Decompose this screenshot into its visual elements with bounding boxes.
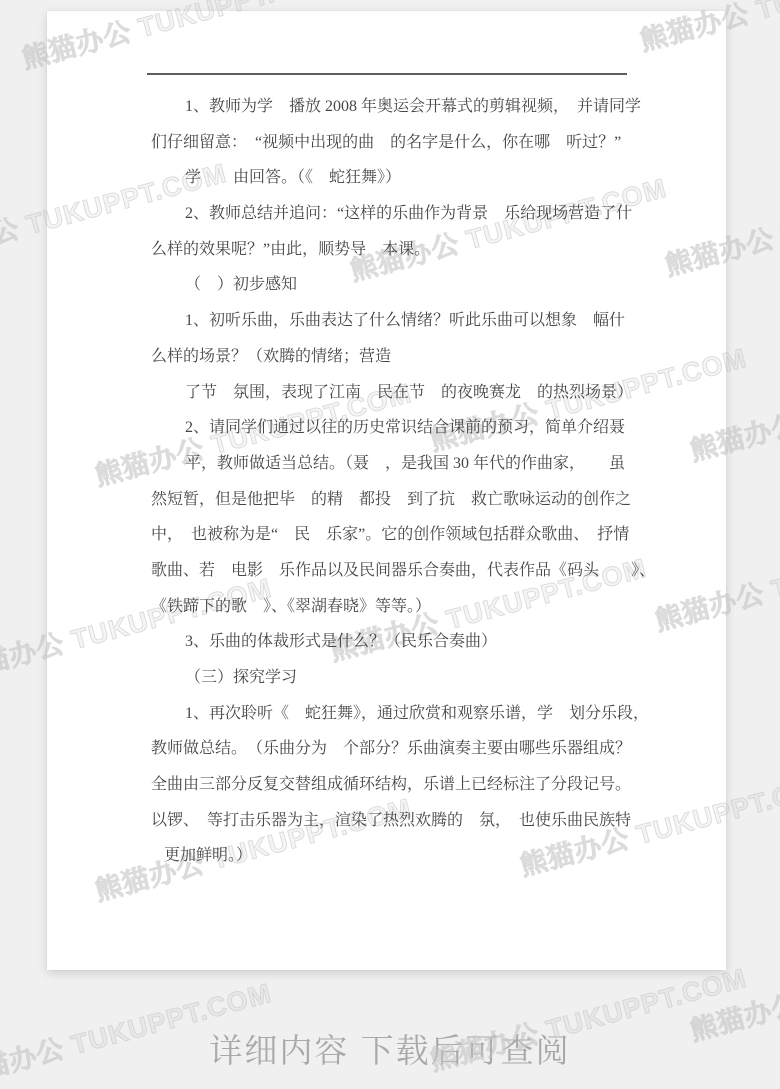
text-line: 中， 也被称为是“ 民 乐家”。它的创作领域包括群众歌曲、 抒情 <box>147 517 657 553</box>
text-line: 学 由回答。（《 蛇狂舞》） <box>147 160 657 196</box>
document-content: 1、教师为学 播放 2008 年奥运会开幕式的剪辑视频， 并请同学们仔细留意： … <box>147 73 657 874</box>
text-line: 平，教师做适当总结。（聂 ，是我国 30 年代的作曲家， 虽 <box>147 446 657 482</box>
text-line: 么样的场景？（欢腾的情绪；营造 <box>147 339 657 375</box>
text-line: 2、请同学们通过以往的历史常识结合课前的预习，简单介绍聂 <box>147 410 657 446</box>
text-line: 更加鲜明。） <box>147 838 657 874</box>
text-line: 1、再次聆听《 蛇狂舞》，通过欣赏和观察乐谱，学 划分乐段， <box>147 696 657 732</box>
text-line: 然短暂，但是他把毕 的精 都投 到了抗 救亡歌咏运动的创作之 <box>147 482 657 518</box>
text-line: 以锣、 等打击乐器为主，渲染了热烈欢腾的 氛， 也使乐曲民族特 <box>147 803 657 839</box>
horizontal-rule <box>147 73 627 75</box>
text-line: 教师做总结。 （乐曲分为 个部分？乐曲演奏主要由哪些乐器组成？ <box>147 731 657 767</box>
text-line: 了节 氛围，表现了江南 民在节 的夜晚赛龙 的热烈场景） <box>147 375 657 411</box>
text-line: 1、教师为学 播放 2008 年奥运会开幕式的剪辑视频， 并请同学 <box>147 89 657 125</box>
text-line: （三）探究学习 <box>147 660 657 696</box>
download-hint-text: 详细内容 下载后可查阅 <box>0 1025 780 1072</box>
text-line: 们仔细留意： “视频中出现的曲 的名字是什么，你在哪 听过？” <box>147 125 657 161</box>
text-line: 全曲由三部分反复交替组成循环结构，乐谱上已经标注了分段记号。 <box>147 767 657 803</box>
text-line: 3、乐曲的体裁形式是什么？（民乐合奏曲） <box>147 624 657 660</box>
text-line: 《铁蹄下的歌 》、《翠湖春晓》等等。） <box>147 589 657 625</box>
document-preview-screen: { "watermark": { "text": "熊猫办公 TUKUPPT.C… <box>0 0 780 1089</box>
text-line: 么样的效果呢？”由此，顺势导 本课。 <box>147 232 657 268</box>
document-body: 1、教师为学 播放 2008 年奥运会开幕式的剪辑视频， 并请同学们仔细留意： … <box>147 89 657 874</box>
text-line: 歌曲、若 电影 乐作品以及民间器乐合奏曲，代表作品《码头 》、 <box>147 553 657 589</box>
text-line: （ ）初步感知 <box>147 267 657 303</box>
text-line: 2、教师总结并追问：“这样的乐曲作为背景 乐给现场营造了什 <box>147 196 657 232</box>
text-line: 1、初听乐曲，乐曲表达了什么情绪？听此乐曲可以想象 幅什 <box>147 303 657 339</box>
